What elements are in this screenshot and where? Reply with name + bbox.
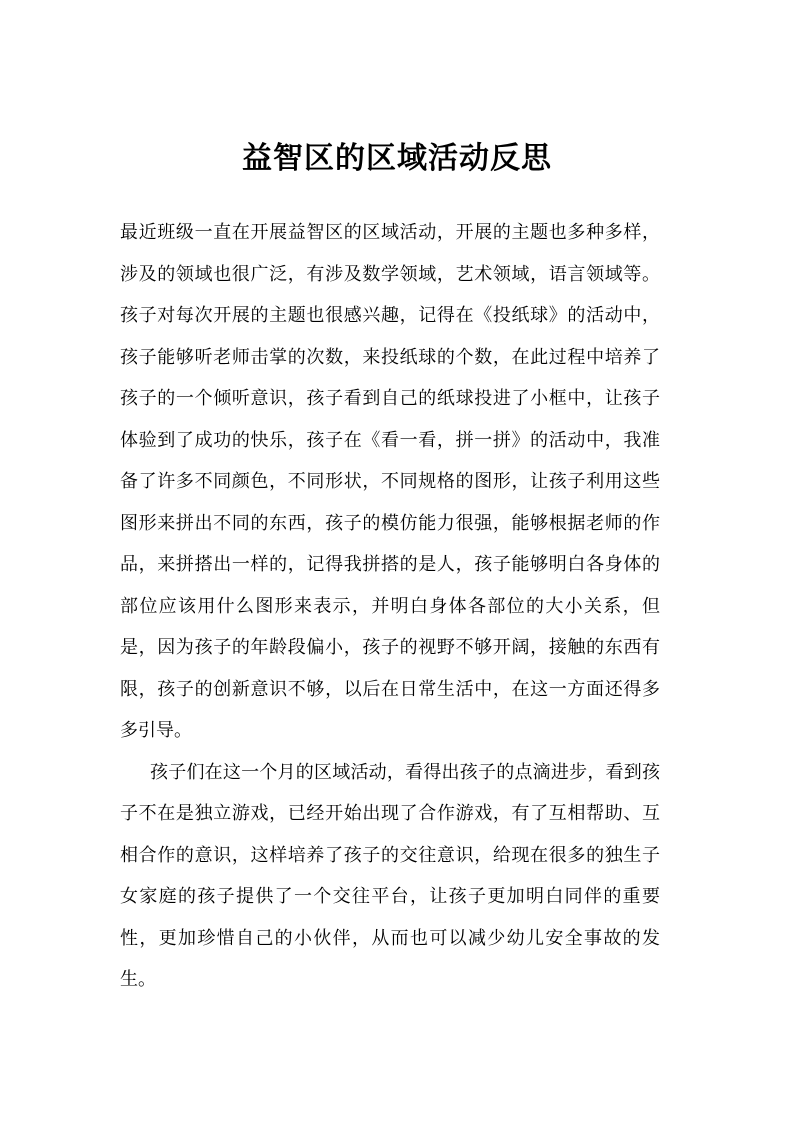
text-line: 子不在是独立游戏，已经开始出现了合作游戏，有了互相帮助、互 (120, 793, 660, 835)
text-line: 女家庭的孩子提供了一个交往平台，让孩子更加明白同伴的重要 (120, 876, 660, 918)
document-page: 益智区的区域活动反思 最近班级一直在开展益智区的区域活动，开展的主题也多种多样，… (0, 0, 794, 1123)
text-line: 相合作的意识，这样培养了孩子的交往意识，给现在很多的独生子 (120, 835, 660, 877)
text-line: 孩子对每次开展的主题也很感兴趣，记得在《投纸球》的活动中， (120, 295, 660, 337)
text-line: 品，来拼搭出一样的，记得我拼搭的是人，孩子能够明白各身体的 (120, 544, 660, 586)
document-title: 益智区的区域活动反思 (0, 140, 794, 178)
text-line: 生。 (120, 959, 660, 1001)
text-line: 部位应该用什么图形来表示，并明白身体各部位的大小关系，但 (120, 586, 660, 628)
paragraph: 最近班级一直在开展益智区的区域活动，开展的主题也多种多样，涉及的领域也很广泛，有… (120, 212, 660, 752)
text-line: 性，更加珍惜自己的小伙伴，从而也可以减少幼儿安全事故的发 (120, 918, 660, 960)
text-line: 孩子能够听老师击掌的次数，来投纸球的个数，在此过程中培养了 (120, 337, 660, 379)
text-line: 最近班级一直在开展益智区的区域活动，开展的主题也多种多样， (120, 212, 660, 254)
text-line: 多引导。 (120, 710, 660, 752)
text-line: 体验到了成功的快乐，孩子在《看一看，拼一拼》的活动中，我准 (120, 420, 660, 462)
text-line: 备了许多不同颜色，不同形状，不同规格的图形，让孩子利用这些 (120, 461, 660, 503)
text-line: 孩子们在这一个月的区域活动，看得出孩子的点滴进步，看到孩 (120, 752, 660, 794)
text-line: 涉及的领域也很广泛，有涉及数学领域，艺术领域，语言领域等。 (120, 254, 660, 296)
document-body: 最近班级一直在开展益智区的区域活动，开展的主题也多种多样，涉及的领域也很广泛，有… (120, 212, 660, 1001)
text-line: 图形来拼出不同的东西，孩子的模仿能力很强，能够根据老师的作 (120, 503, 660, 545)
text-line: 孩子的一个倾听意识，孩子看到自己的纸球投进了小框中，让孩子 (120, 378, 660, 420)
text-line: 限，孩子的创新意识不够，以后在日常生活中，在这一方面还得多 (120, 669, 660, 711)
text-line: 是，因为孩子的年龄段偏小，孩子的视野不够开阔，接触的东西有 (120, 627, 660, 669)
paragraph: 孩子们在这一个月的区域活动，看得出孩子的点滴进步，看到孩子不在是独立游戏，已经开… (120, 752, 660, 1001)
